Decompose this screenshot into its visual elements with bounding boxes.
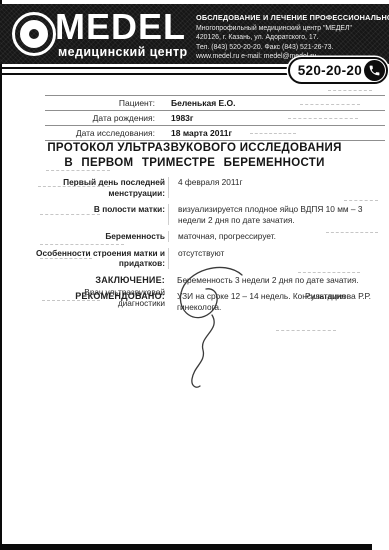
scan-artifact [40, 244, 124, 245]
scan-edge-left [0, 0, 2, 550]
patient-label: Пациент: [45, 98, 165, 108]
scan-artifact [46, 170, 110, 171]
scan-artifact [250, 133, 296, 134]
clinic-name-line: Многопрофильный медицинский центр "МЕДЕЛ… [196, 24, 386, 33]
field-value: визуализируется плодное яйцо ВДПЯ 10 мм … [168, 204, 385, 225]
scan-artifact [326, 232, 378, 233]
scan-artifact [38, 186, 110, 187]
scan-artifact [328, 90, 372, 91]
document-page: MEDEL медицинский центр ОБСЛЕДОВАНИЕ И Л… [0, 0, 389, 550]
letterhead: MEDEL медицинский центр ОБСЛЕДОВАНИЕ И Л… [0, 4, 389, 64]
field-value: 4 февраля 2011г [168, 177, 385, 198]
table-row-examdate: Дата исследования: 18 марта 2011г [45, 126, 385, 141]
phone-badge: 520-20-20 [288, 57, 388, 84]
scan-artifact [40, 214, 100, 215]
scan-artifact [288, 118, 358, 119]
examdate-label: Дата исследования: [45, 128, 165, 138]
examdate-value: 18 марта 2011г [165, 128, 232, 138]
tagline: ОБСЛЕДОВАНИЕ И ЛЕЧЕНИЕ ПРОФЕССИОНАЛЬНО [196, 13, 386, 22]
brand-subtitle: медицинский центр [58, 45, 188, 59]
phone-icon [364, 60, 385, 81]
scan-artifact [298, 272, 360, 273]
field-label: Беременность [35, 231, 165, 242]
scan-artifact [344, 200, 378, 201]
page-title-line2: В ПЕРВОМ ТРИМЕСТРЕ БЕРЕМЕННОСТИ [0, 156, 389, 171]
birthdate-value: 1983г [165, 113, 193, 123]
scan-artifact [42, 300, 100, 301]
patient-value: Беленькая Е.О. [165, 98, 236, 108]
doctor-title-label: Врач ультразвуковой диагностики [35, 287, 165, 308]
medel-logo-ring-inner [20, 20, 48, 48]
letterhead-info: ОБСЛЕДОВАНИЕ И ЛЕЧЕНИЕ ПРОФЕССИОНАЛЬНО М… [196, 13, 386, 61]
field-row-menstruation: Первый день последней менструации: 4 фев… [35, 177, 385, 198]
phone-number: 520-20-20 [298, 63, 362, 78]
doctor-signature [168, 262, 260, 392]
conclusion-label: ЗАКЛЮЧЕНИЕ: [35, 275, 165, 286]
birthdate-label: Дата рождения: [45, 113, 165, 123]
scan-artifact [300, 104, 360, 105]
scan-edge-bottom [0, 544, 372, 550]
page-title-line1: ПРОТОКОЛ УЛЬТРАЗВУКОВОГО ИССЛЕДОВАНИЯ [0, 141, 389, 156]
brand-name: MEDEL [55, 9, 186, 45]
medel-logo-ring-icon [12, 12, 56, 56]
page-title: ПРОТОКОЛ УЛЬТРАЗВУКОВОГО ИССЛЕДОВАНИЯ В … [0, 141, 389, 170]
scan-artifact [40, 258, 92, 259]
address-line: 420126, г. Казань, ул. Адоратского, 17. [196, 33, 386, 42]
scan-artifact [276, 330, 336, 331]
doctor-name: Ризатдинова Р.Р. [305, 287, 371, 308]
field-label: Первый день последней менструации: [35, 177, 165, 198]
phone-fax-line: Тел. (843) 520-20-20. Факс (843) 521-26-… [196, 43, 386, 52]
